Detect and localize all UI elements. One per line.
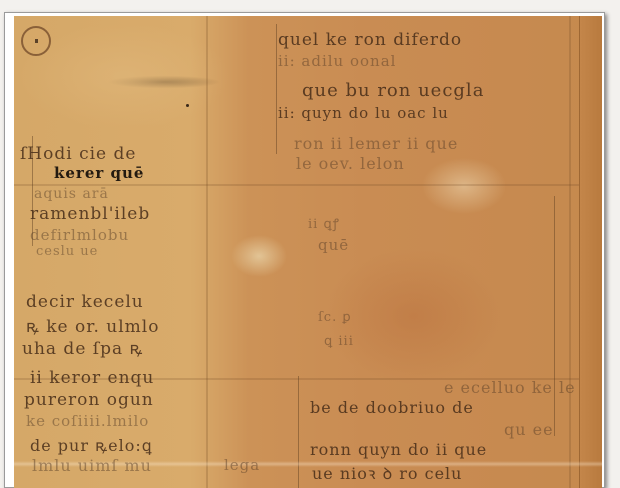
manuscript-line: ii ꝗꝭ: [308, 214, 340, 232]
manuscript-line: uha de ſpa ꝶ: [22, 336, 143, 359]
manuscript-line: defirlmlobu: [30, 226, 129, 244]
manuscript-line: ꝗ iii: [324, 334, 354, 349]
ink-dot: [186, 104, 189, 107]
manuscript-line: ii: quyn do lu oac lu: [278, 104, 449, 122]
manuscript-line: ceslu ue: [36, 244, 98, 259]
manuscript-line: ron ii lemer ii que: [294, 134, 458, 153]
manuscript-line: lmlu uimſ mu: [32, 456, 152, 475]
manuscript-line: pureron ogun: [24, 390, 154, 410]
circular-stamp-icon: [21, 26, 51, 56]
manuscript-line: ramenbl'ileb: [30, 204, 150, 224]
manuscript-line: ke coſiiii.lmilo: [26, 412, 149, 430]
manuscript-line: quē: [318, 236, 349, 254]
manuscript-line: lega: [224, 456, 260, 474]
ruling-line: [298, 376, 299, 488]
manuscript-line: e ecelluo ke le: [444, 378, 576, 397]
manuscript-line: ii: adilu oonal: [278, 52, 396, 70]
ruling-line: [276, 24, 277, 154]
fold-line-vertical: [569, 16, 571, 488]
manuscript-line: aquis arā: [34, 186, 109, 202]
manuscript-line-interlinear: kerer quē: [54, 164, 144, 182]
manuscript-photo: ſHodi cie de kerer quē aquis arā ramenbl…: [14, 16, 602, 488]
manuscript-line: ue nioꝛ ꝺ ro celu: [312, 462, 462, 484]
manuscript-line: de pur ꝶelo:ꝗ: [30, 434, 153, 456]
parchment-edge-strip: [579, 16, 602, 488]
manuscript-line: decir kecelu: [26, 292, 144, 312]
manuscript-line: ii keror enqu: [30, 368, 154, 388]
fold-line-vertical: [206, 16, 208, 488]
manuscript-line: le oev. lelon: [296, 154, 405, 173]
manuscript-line: be de doobriuo de: [310, 398, 474, 417]
ruling-line: [554, 196, 555, 436]
manuscript-line: que bu ron uecgla: [302, 80, 484, 101]
manuscript-line: ſHodi cie de: [20, 144, 136, 164]
manuscript-line: ꝶ ke or. ulmlo: [26, 314, 159, 337]
manuscript-line: ſc. ꝑ: [318, 310, 352, 325]
manuscript-line: ronn quyn do ii que: [310, 440, 487, 459]
manuscript-line: qu ee: [504, 420, 554, 439]
manuscript-line: quel ke ron diferdo: [278, 30, 462, 50]
